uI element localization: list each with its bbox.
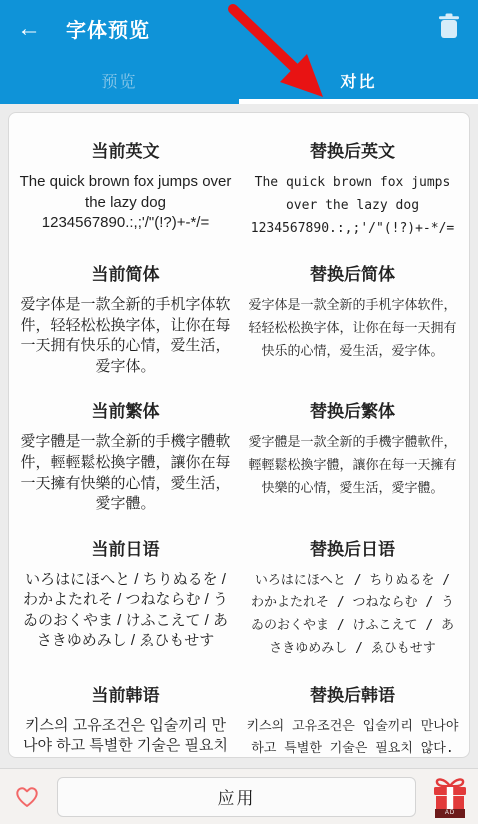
gift-ad-button[interactable]: AD [430,774,470,820]
section-japanese: 当前日语 替换后日语 いろはにほへと / ちりぬるを / わかよたれそ / つね… [19,515,459,661]
ad-badge: AD [435,809,465,818]
current-english-sample: The quick brown fox jumps over the lazy … [19,172,232,240]
section-korean: 当前韩语 替换后韩语 키스의 고유조건은 입술끼리 만나야 하고 특별한 기술은… [19,661,459,758]
bottom-action-bar: 应用 AD [0,768,478,824]
screen: ← 字体预览 预览 对比 当前英文 替换后英文 The quick brown … [0,0,478,824]
replaced-japanese-title: 替换后日语 [246,515,459,570]
current-simplified-title: 当前简体 [19,240,232,295]
replaced-simplified-sample: 爱字体是一款全新的手机字体软件，轻轻松松换字体，让你在每一天拥有快乐的心情，爱生… [246,295,459,377]
trash-icon [438,13,460,39]
page-title: 字体预览 [66,14,150,43]
current-traditional-title: 当前繁体 [19,377,232,432]
tab-preview[interactable]: 预览 [0,57,239,104]
tab-bar: 预览 对比 [0,57,478,104]
replaced-japanese-sample: いろはにほへと / ちりぬるを / わかよたれそ / つねならむ / うゐのおく… [246,570,459,661]
delete-button[interactable] [432,8,466,44]
current-english-title: 当前英文 [19,117,232,172]
active-tab-indicator [239,99,478,104]
section-simplified: 当前简体 替换后简体 爱字体是一款全新的手机字体软件，轻轻松松换字体，让你在每一… [19,240,459,377]
tab-preview-label: 预览 [101,69,137,92]
favorite-button[interactable] [5,775,49,819]
back-arrow-icon[interactable]: ← [16,16,42,42]
replaced-english-title: 替换后英文 [246,117,459,172]
app-bar: ← 字体预览 [0,0,478,57]
section-traditional: 当前繁体 替换后繁体 愛字體是一款全新的手機字體軟件，輕輕鬆松換字體，讓你在每一… [19,377,459,514]
current-traditional-sample: 愛字體是一款全新的手機字體軟件，輕輕鬆松換字體，讓你在每一天擁有快樂的心情，愛生… [19,432,232,514]
tab-compare-label: 对比 [340,69,376,92]
current-japanese-sample: いろはにほへと / ちりぬるを / わかよたれそ / つねならむ / うゐのおく… [19,570,232,661]
current-japanese-title: 当前日语 [19,515,232,570]
current-korean-title: 当前韩语 [19,661,232,716]
replaced-korean-title: 替换后韩语 [246,661,459,716]
replaced-traditional-title: 替换后繁体 [246,377,459,432]
replaced-korean-sample: 키스의 고유조건은 입술끼리 만나야 하고 특별한 기술은 필요치 않다. [246,716,459,758]
replaced-english-sample: The quick brown fox jumps over the lazy … [246,172,459,240]
replaced-simplified-title: 替换后简体 [246,240,459,295]
current-simplified-sample: 爱字体是一款全新的手机字体软件，轻轻松松换字体，让你在每一天拥有快乐的心情，爱生… [19,295,232,377]
section-english: 当前英文 替换后英文 The quick brown fox jumps ove… [19,117,459,240]
heart-icon [15,786,39,808]
current-korean-sample: 키스의 고유조건은 입술끼리 만나야 하고 특별한 기술은 필요치 않다. [19,716,232,758]
apply-button[interactable]: 应用 [57,777,416,817]
replaced-traditional-sample: 愛字體是一款全新的手機字體軟件，輕輕鬆松換字體，讓你在每一天擁有快樂的心情，愛生… [246,432,459,514]
tab-compare[interactable]: 对比 [239,57,478,104]
font-compare-card: 当前英文 替换后英文 The quick brown fox jumps ove… [8,112,470,758]
apply-button-label: 应用 [218,784,256,809]
